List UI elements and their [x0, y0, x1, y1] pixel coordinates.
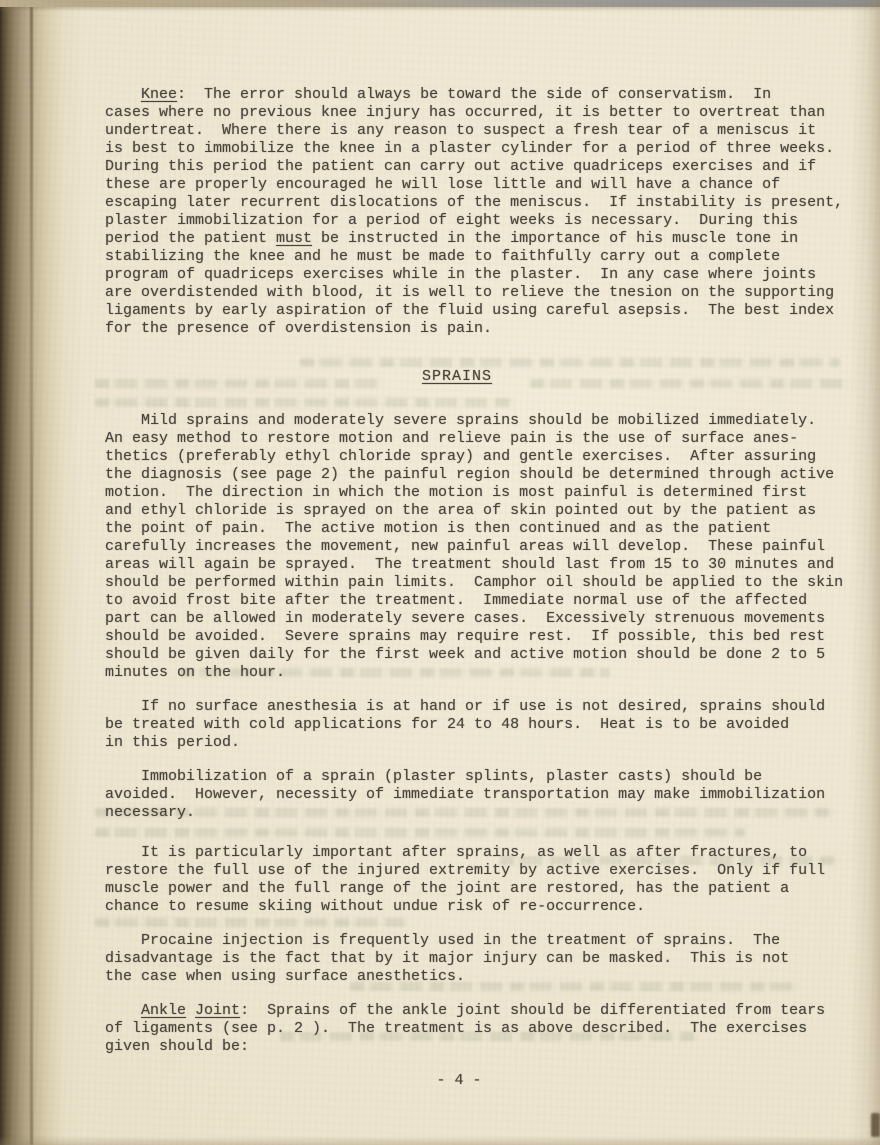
- text-line: necessary.: [105, 804, 857, 822]
- binding-crease: [30, 0, 33, 1145]
- text-line: escaping later recurrent dislocations of…: [105, 194, 857, 212]
- immobilization-paragraph: Immobilization of a sprain (plaster spli…: [105, 768, 857, 822]
- section-heading-text: SPRAINS: [422, 368, 492, 385]
- text-line: of ligaments (see p. 2 ). The treatment …: [105, 1020, 857, 1038]
- text-line: should be avoided. Severe sprains may re…: [105, 628, 857, 646]
- text-line: should be given daily for the first week…: [105, 646, 857, 664]
- scanned-document-page: Knee: The error should always be toward …: [0, 0, 880, 1145]
- text-line: motion. The direction in which the motio…: [105, 484, 857, 502]
- text-line: are overdistended with blood, it is well…: [105, 284, 857, 302]
- text-line: undertreat. Where there is any reason to…: [105, 122, 857, 140]
- text-line: areas will again be sprayed. The treatme…: [105, 556, 857, 574]
- text-line: given should be:: [105, 1038, 857, 1056]
- text-line: part can be allowed in moderately severe…: [105, 610, 857, 628]
- text-line: It is particularly important after sprai…: [105, 844, 857, 862]
- text-line: An easy method to restore motion and rel…: [105, 430, 857, 448]
- sprains-heading: SPRAINS: [81, 368, 833, 386]
- text-line: thetics (preferably ethyl chloride spray…: [105, 448, 857, 466]
- text-line: Mild sprains and moderately severe sprai…: [105, 412, 857, 430]
- underlined-text: Joint: [195, 1002, 240, 1019]
- text-line: muscle power and the full range of the j…: [105, 880, 857, 898]
- text-line: the diagnosis (see page 2) the painful r…: [105, 466, 857, 484]
- text-line: is best to immobilize the knee in a plas…: [105, 140, 857, 158]
- text-line: be treated with cold applications for 24…: [105, 716, 857, 734]
- text-line: chance to resume skiing without undue ri…: [105, 898, 857, 916]
- text-line: for the presence of overdistension is pa…: [105, 320, 857, 338]
- sprains-intro-paragraph: Mild sprains and moderately severe sprai…: [105, 412, 857, 682]
- text-line: Immobilization of a sprain (plaster spli…: [105, 768, 857, 786]
- page-content: Knee: The error should always be toward …: [105, 86, 857, 1090]
- ankle-joint-paragraph: Ankle Joint: Sprains of the ankle joint …: [105, 1002, 857, 1056]
- text-line: the case when using surface anesthetics.: [105, 968, 857, 986]
- page-number: - 4 -: [83, 1072, 835, 1090]
- text-line: Ankle Joint: Sprains of the ankle joint …: [105, 1002, 857, 1020]
- underlined-text: Ankle: [141, 1002, 186, 1019]
- document-sections: Knee: The error should always be toward …: [105, 86, 857, 1056]
- knee-treatment-paragraph: Knee: The error should always be toward …: [105, 86, 857, 338]
- restore-function-paragraph: It is particularly important after sprai…: [105, 844, 857, 916]
- text-line: If no surface anesthesia is at hand or i…: [105, 698, 857, 716]
- text-line: should be performed within pain limits. …: [105, 574, 857, 592]
- text-line: minutes on the hour.: [105, 664, 857, 682]
- text-line: carefully increases the movement, new pa…: [105, 538, 857, 556]
- scan-corner-mark: [871, 1113, 880, 1137]
- text-line: disadvantage is the fact that by it majo…: [105, 950, 857, 968]
- text-line: and ethyl chloride is sprayed on the are…: [105, 502, 857, 520]
- text-line: stabilizing the knee and he must be made…: [105, 248, 857, 266]
- text-line: the point of pain. The active motion is …: [105, 520, 857, 538]
- text-line: plaster immobilization for a period of e…: [105, 212, 857, 230]
- text-line: period the patient must be instructed in…: [105, 230, 857, 248]
- text-line: to avoid frost bite after the treatment.…: [105, 592, 857, 610]
- text-line: cases where no previous knee injury has …: [105, 104, 857, 122]
- text-line: ligaments by early aspiration of the flu…: [105, 302, 857, 320]
- text-line: in this period.: [105, 734, 857, 752]
- underlined-text: must: [276, 230, 312, 247]
- scan-top-edge: [0, 0, 880, 7]
- text-line: Knee: The error should always be toward …: [105, 86, 857, 104]
- text-line: restore the full use of the injured extr…: [105, 862, 857, 880]
- text-line: these are properly encouraged he will lo…: [105, 176, 857, 194]
- underlined-text: Knee: [141, 86, 177, 103]
- book-binding-edge: [0, 0, 84, 1145]
- text-line: During this period the patient can carry…: [105, 158, 857, 176]
- text-line: Procaine injection is frequently used in…: [105, 932, 857, 950]
- scan-bottom-edge: [0, 1136, 880, 1145]
- procaine-injection-paragraph: Procaine injection is frequently used in…: [105, 932, 857, 986]
- text-line: program of quadriceps exercises while in…: [105, 266, 857, 284]
- cold-applications-paragraph: If no surface anesthesia is at hand or i…: [105, 698, 857, 752]
- text-line: avoided. However, necessity of immediate…: [105, 786, 857, 804]
